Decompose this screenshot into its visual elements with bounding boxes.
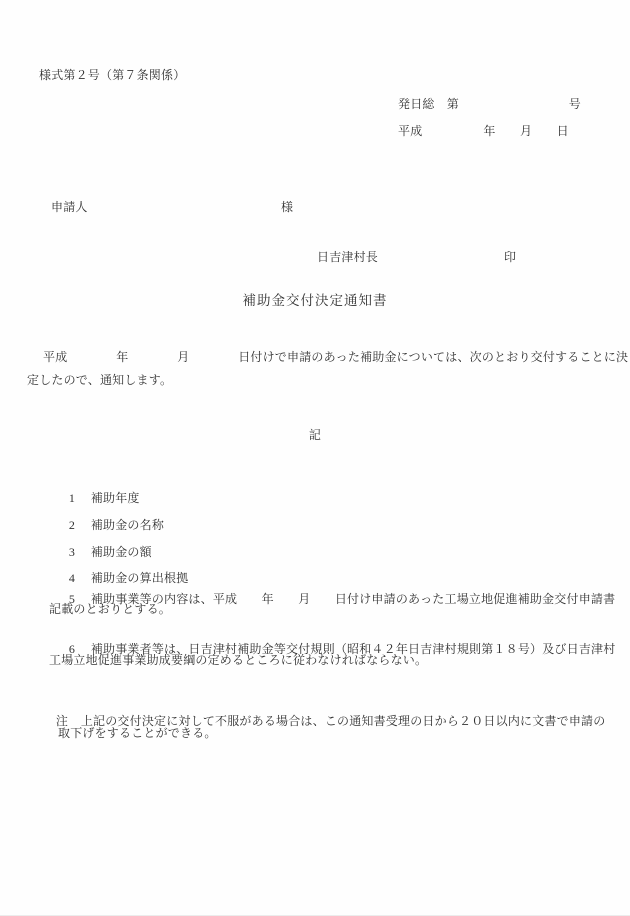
issuer-title: 日吉津村長: [317, 250, 378, 264]
body-paragraph-line1: 平成 年 月 日付けで申請のあった補助金については、次のとおり交付することに決: [43, 350, 628, 364]
body-paragraph-line2: 定したので、通知します。: [27, 373, 172, 387]
applicant-label: 申請人: [51, 200, 88, 214]
issue-date-line: 平成 年 月 日: [398, 124, 569, 138]
note-text-line2: 取下げをすることができる。: [58, 726, 217, 740]
item-2-number: 2: [69, 518, 91, 532]
item-2-text: 補助金の名称: [91, 518, 164, 532]
item-6-text-line2: 工場立地促進事業助成要綱の定めるところに従わなければならない。: [49, 653, 427, 667]
item-5-text-line2: 記載のとおりとする。: [49, 602, 171, 616]
item-1-text: 補助年度: [91, 491, 140, 505]
form-number: 様式第２号（第７条関係）: [39, 68, 185, 82]
document-page: 様式第２号（第７条関係） 発日総 第 号 平成 年 月 日 申請人 様 日吉津村…: [0, 0, 630, 916]
document-title: 補助金交付決定通知書: [0, 294, 630, 308]
issue-number-line: 発日総 第 号: [398, 97, 581, 111]
section-marker: 記: [0, 428, 630, 442]
applicant-honorific: 様: [281, 200, 293, 214]
seal-mark: 印: [504, 250, 516, 264]
item-1-number: 1: [69, 491, 91, 505]
